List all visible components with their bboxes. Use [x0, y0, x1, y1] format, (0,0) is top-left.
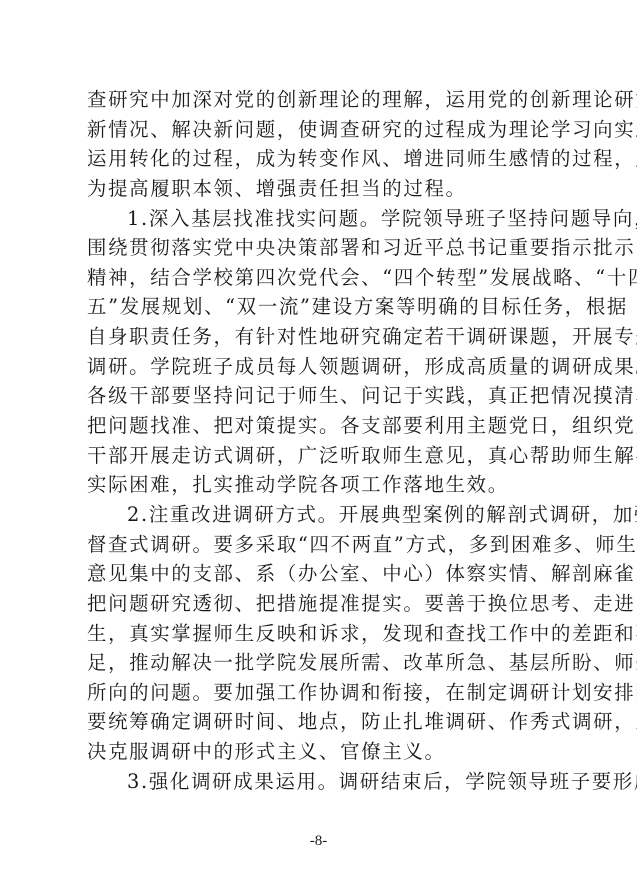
text-line: 五”发展规划、“双一流”建设方案等明确的目标任务，根据 [87, 292, 553, 322]
text-line: 为提高履职本领、增强责任担当的过程。 [87, 174, 553, 204]
text-line: 精神，结合学校第四次党代会、“四个转型”发展战略、“十四 [87, 263, 553, 293]
document-body: 查研究中加深对党的创新理论的理解，运用党的创新理论研究 新情况、解决新问题，使调… [87, 85, 553, 796]
text-line: 足，推动解决一批学院发展所需、改革所急、基层所盼、师生 [87, 648, 553, 678]
text-line: 运用转化的过程，成为转变作风、增进同师生感情的过程，成 [87, 144, 553, 174]
text-line: 干部开展走访式调研，广泛听取师生意见，真心帮助师生解决 [87, 441, 553, 471]
text-line: 生，真实掌握师生反映和诉求，发现和查找工作中的差距和不 [87, 619, 553, 649]
text-line: 围绕贯彻落实党中央决策部署和习近平总书记重要指示批示 [87, 233, 553, 263]
text-line: 查研究中加深对党的创新理论的理解，运用党的创新理论研究 [87, 85, 553, 115]
text-line: 把问题找准、把对策提实。各支部要利用主题党日，组织党员、 [87, 411, 553, 441]
text-line: 调研。学院班子成员每人领题调研，形成高质量的调研成果。 [87, 352, 553, 382]
section-heading-line: 3.强化调研成果运用。调研结束后，学院领导班子要形成 [87, 767, 553, 797]
text-line: 各级干部要坚持问记于师生、问记于实践，真正把情况摸清、 [87, 381, 553, 411]
page-number: -8- [0, 833, 637, 850]
text-line: 要统筹确定调研时间、地点，防止扎堆调研、作秀式调研，坚 [87, 707, 553, 737]
section-heading-line: 1.深入基层找准找实问题。学院领导班子坚持问题导向， [87, 204, 553, 234]
section-heading-line: 2.注重改进调研方式。开展典型案例的解剖式调研，加强 [87, 500, 553, 530]
text-line: 实际困难，扎实推动学院各项工作落地生效。 [87, 470, 553, 500]
text-line: 意见集中的支部、系（办公室、中心）体察实情、解剖麻雀， [87, 559, 553, 589]
text-line: 新情况、解决新问题，使调查研究的过程成为理论学习向实践 [87, 115, 553, 145]
text-line: 把问题研究透彻、把措施提准提实。要善于换位思考、走进师 [87, 589, 553, 619]
text-line: 督查式调研。要多采取“四不两直”方式，多到困难多、师生 [87, 530, 553, 560]
text-line: 所向的问题。要加强工作协调和衔接，在制定调研计划安排时， [87, 678, 553, 708]
text-line: 自身职责任务，有针对性地研究确定若干调研课题，开展专题 [87, 322, 553, 352]
text-line: 决克服调研中的形式主义、官僚主义。 [87, 737, 553, 767]
